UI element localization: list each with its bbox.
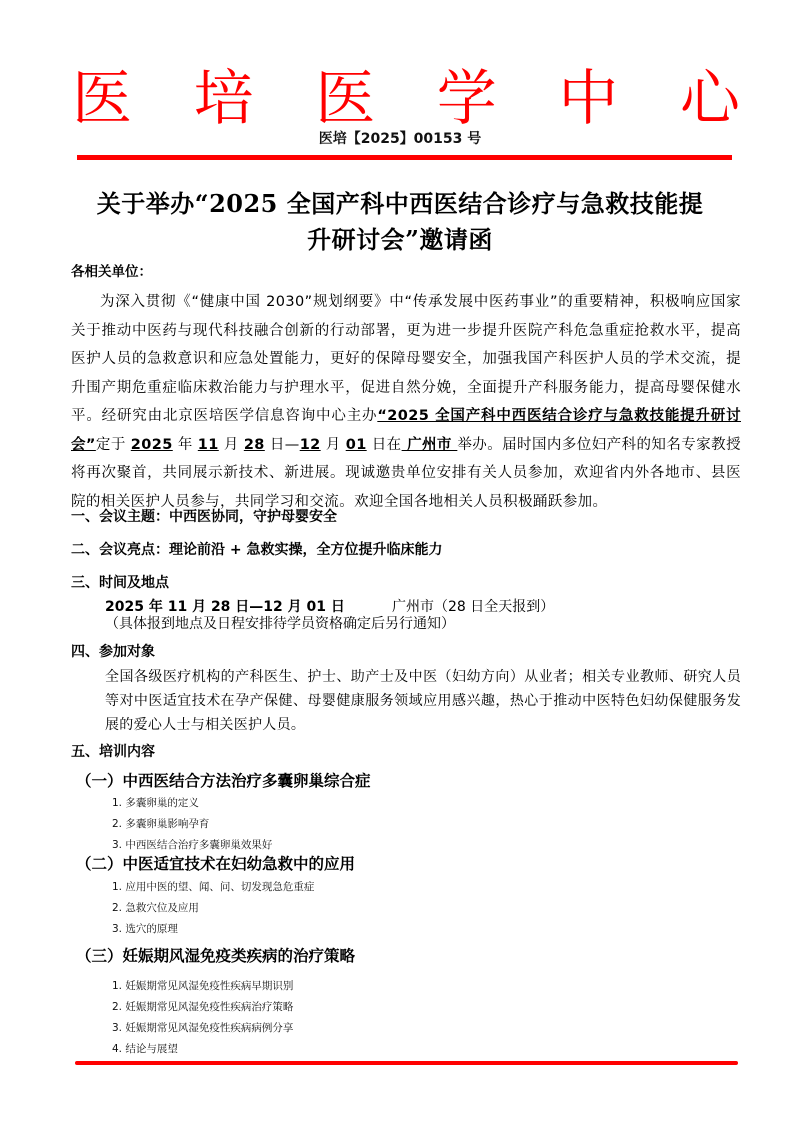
training-item: 3. 妊娠期常见风湿免疫性疾病病例分享 xyxy=(112,1020,293,1036)
section-highlights: 二、会议亮点：理论前沿 + 急救实操，全方位提升临床能力 xyxy=(71,540,442,560)
title-line-2: 升研讨会”邀请函 xyxy=(60,222,740,258)
event-start-day: 28 xyxy=(244,437,265,453)
training-module-1-title: （一）中西医结合方法治疗多囊卵巢综合症 xyxy=(76,770,371,792)
org-name-char: 中 xyxy=(558,66,618,132)
time-place-note: （具体报到地点及日程安排待学员资格确定后另行通知） xyxy=(105,614,455,634)
section-theme: 一、会议主题：中西医协同，守护母婴安全 xyxy=(71,507,337,527)
letterhead-red-rule xyxy=(77,155,732,160)
audience-text: 全国各级医疗机构的产科医生、护士、助产士及中医（妇幼方向）从业者；相关专业教师、… xyxy=(105,665,741,737)
event-end-day: 01 xyxy=(346,437,367,453)
training-item: 3. 选穴的原理 xyxy=(112,921,178,937)
org-name-char: 培 xyxy=(194,66,254,132)
title-line-1: 关于举办“2025 全国产科中西医结合诊疗与急救技能提 xyxy=(60,186,740,222)
intro-paragraph: 为深入贯彻《“健康中国 2030”规划纲要》中“传承发展中医药事业”的重要精神，… xyxy=(71,288,741,516)
intro-text: 日在 xyxy=(372,437,402,453)
training-module-3-title: （三）妊娠期风湿免疫类疾病的治疗策略 xyxy=(76,945,355,967)
section-training-heading: 五、培训内容 xyxy=(71,742,155,762)
intro-text: 定于 xyxy=(96,437,126,453)
document-title: 关于举办“2025 全国产科中西医结合诊疗与急救技能提 升研讨会”邀请函 xyxy=(60,186,740,258)
training-module-2-title: （二）中医适宜技术在妇幼急救中的应用 xyxy=(76,853,355,875)
intro-text: 年 xyxy=(178,437,193,453)
event-year: 2025 xyxy=(131,437,173,453)
intro-text: 为深入贯彻《“健康中国 2030”规划纲要》中“传承发展中医药事业”的重要精神，… xyxy=(71,294,741,424)
training-item: 2. 急救穴位及应用 xyxy=(112,900,199,916)
salutation: 各相关单位： xyxy=(71,262,152,282)
invitation-letter-page: 医 培 医 学 中 心 医培【2025】00153 号 关于举办“2025 全国… xyxy=(0,0,800,1131)
training-item: 1. 应用中医的望、闻、问、切发现急危重症 xyxy=(112,879,314,895)
document-number: 医培【2025】00153 号 xyxy=(0,129,800,149)
event-end-month: 12 xyxy=(300,437,321,453)
section-audience-heading: 四、参加对象 xyxy=(71,642,155,662)
org-name-char: 心 xyxy=(680,66,740,132)
event-start-month: 11 xyxy=(198,437,219,453)
intro-text: 月 xyxy=(326,437,341,453)
footer-red-rule xyxy=(75,1061,738,1065)
org-name-char: 医 xyxy=(72,66,132,132)
section-time-place-heading: 三、时间及地点 xyxy=(71,573,169,593)
intro-text: 月 xyxy=(224,437,239,453)
training-item: 2. 多囊卵巢影响孕育 xyxy=(112,816,209,832)
org-name-char: 学 xyxy=(437,66,497,132)
org-name-char: 医 xyxy=(315,66,375,132)
training-item: 2. 妊娠期常见风湿免疫性疾病治疗策略 xyxy=(112,999,293,1015)
event-place: 广州市（28 日全天报到） xyxy=(392,599,554,615)
training-item: 1. 多囊卵巢的定义 xyxy=(112,795,199,811)
training-item: 4. 结论与展望 xyxy=(112,1041,178,1057)
event-city: 广州市 xyxy=(402,437,458,453)
training-item: 3. 中西医结合治疗多囊卵巢效果好 xyxy=(112,837,272,853)
letterhead-org-name: 医 培 医 学 中 心 xyxy=(72,66,740,132)
intro-text: 日— xyxy=(270,437,300,453)
training-item: 1. 妊娠期常见风湿免疫性疾病早期识别 xyxy=(112,978,293,994)
